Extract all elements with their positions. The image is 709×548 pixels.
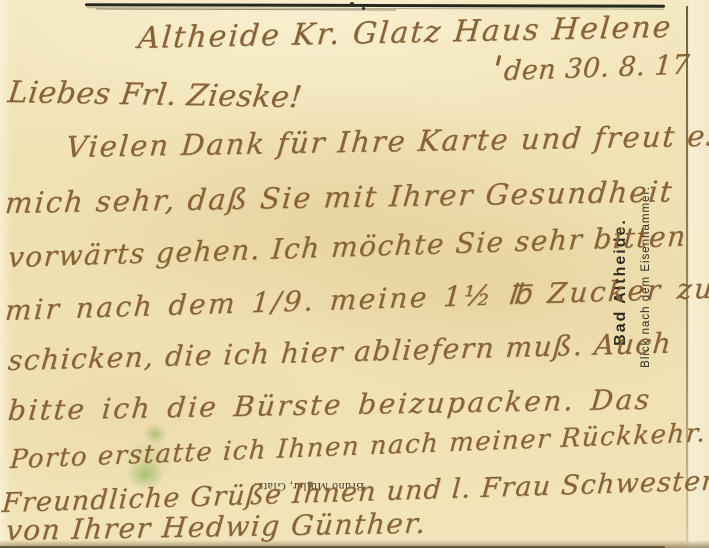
paper-speck bbox=[350, 2, 354, 6]
handwritten-body-line: mich sehr, daß Sie mit Ihrer Gesundheit bbox=[4, 176, 675, 220]
handwritten-body-line: mir nach dem 1/9. meine 1½ ℔ Zucker zu bbox=[4, 274, 709, 327]
stray-ink-mark bbox=[496, 55, 502, 66]
paper-speck bbox=[362, 7, 365, 10]
handwritten-salutation: Liebes Frl. Zieske! bbox=[6, 76, 304, 114]
handwritten-body-line: schicken, die ich hier abliefern muß. Au… bbox=[7, 329, 673, 377]
handwritten-body-line: bitte ich die Bürste beizupacken. Das bbox=[7, 385, 653, 427]
card-top-edge-line bbox=[85, 3, 665, 8]
handwritten-date-line: den 30. 8. 17 bbox=[503, 50, 691, 86]
handwritten-location-line: Altheide Kr. Glatz Haus Helene bbox=[137, 11, 674, 55]
postcard-scan: Bad Altheide. Blick nach dem Eisenhammer… bbox=[0, 0, 709, 548]
handwritten-body-line: vorwärts gehen. Ich möchte Sie sehr bitt… bbox=[7, 222, 688, 274]
card-top-edge-line-secondary bbox=[96, 8, 396, 10]
handwritten-body-line: Vielen Dank für Ihre Karte und freut es bbox=[65, 120, 709, 163]
